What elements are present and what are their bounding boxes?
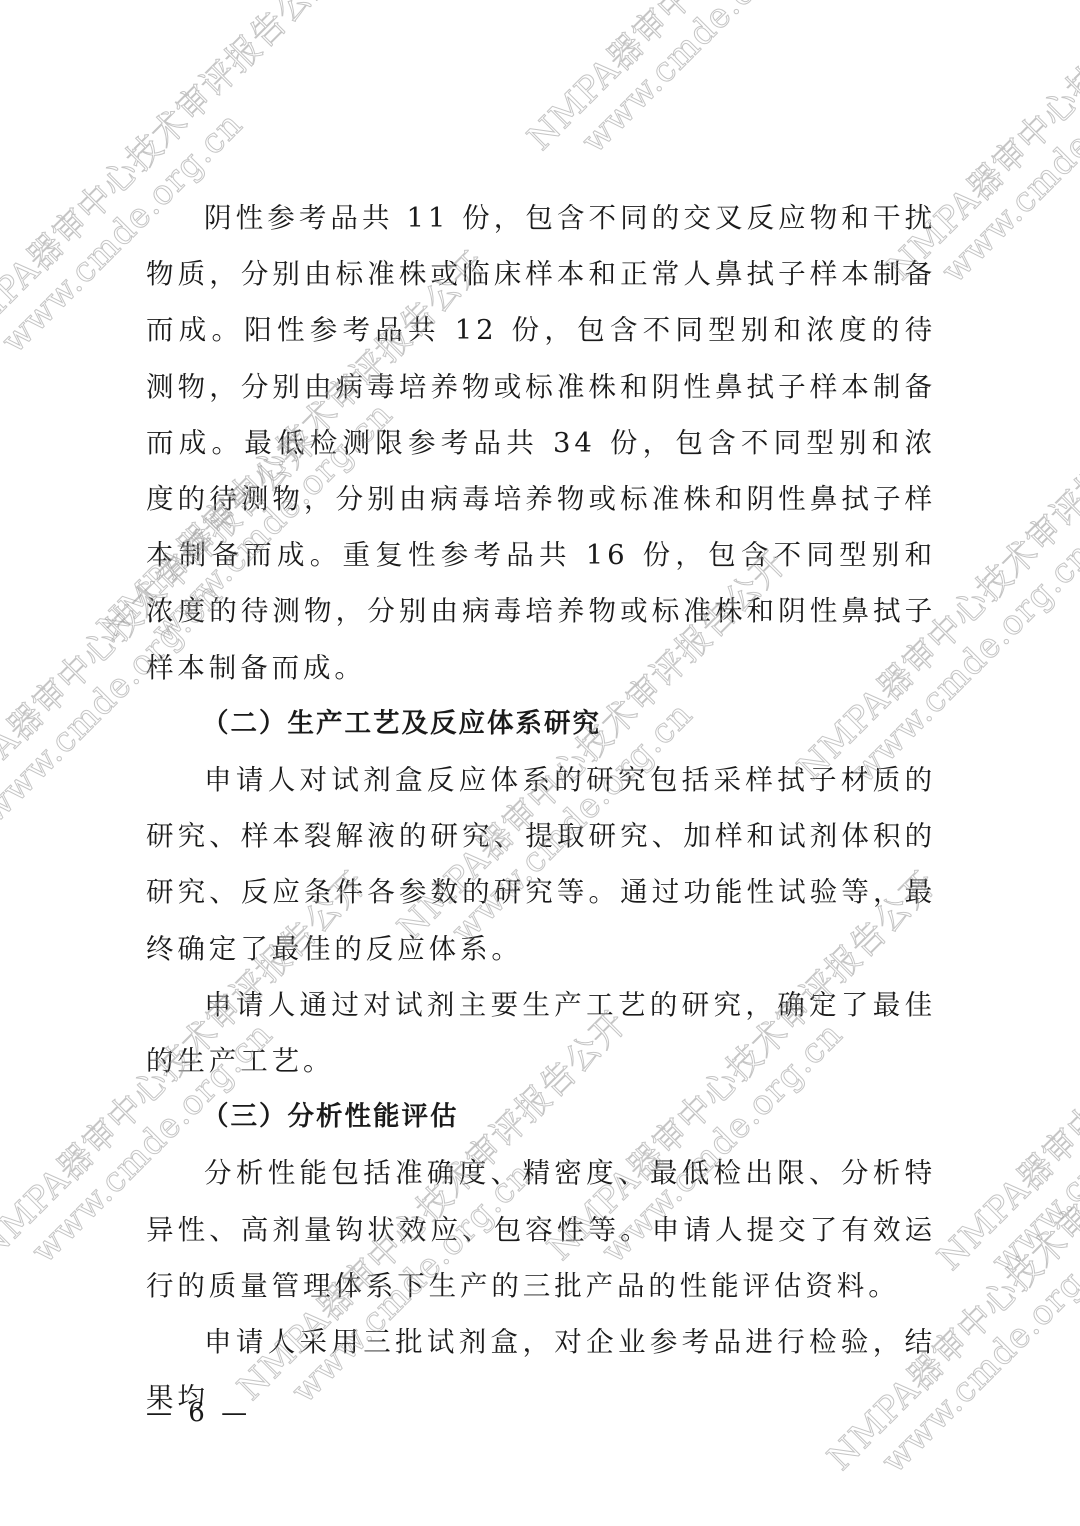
watermark-url: www.cmde.org.cn xyxy=(574,0,954,161)
paragraph-batch-testing: 申请人采用三批试剂盒，对企业参考品进行检验，结果均 xyxy=(146,1314,936,1426)
page-number: — 6 — xyxy=(146,1398,251,1428)
document-page: 阴性参考品共 11 份，包含不同的交叉反应物和干扰物质，分别由标准株或临床样本和… xyxy=(146,190,936,1426)
section-heading-analytical-performance: （三）分析性能评估 xyxy=(146,1089,936,1145)
paragraph-reaction-system: 申请人对试剂盒反应体系的研究包括采样拭子材质的研究、样本裂解液的研究、提取研究、… xyxy=(146,752,936,977)
watermark-url: www.cmde.org.cn xyxy=(984,901,1080,1281)
watermark-text: NMPA器审中心技术审评报告公开 xyxy=(520,0,925,158)
paragraph-analytical-performance: 分析性能包括准确度、精密度、最低检出限、分析特异性、高剂量钩状效应、包容性等。申… xyxy=(146,1145,936,1314)
watermark-text: NMPA器审中心技术审评报告公开 xyxy=(930,873,1080,1278)
watermark: NMPA器审中心技术审评报告公开 www.cmde.org.cn xyxy=(520,0,953,187)
watermark-url: www.cmde.org.cn xyxy=(934,0,1080,291)
paragraph-production-process: 申请人通过对试剂主要生产工艺的研究，确定了最佳的生产工艺。 xyxy=(146,977,936,1089)
watermark: NMPA器审中心技术审评报告公开 www.cmde.org.cn xyxy=(930,873,1080,1306)
paragraph-reference-materials: 阴性参考品共 11 份，包含不同的交叉反应物和干扰物质，分别由标准株或临床样本和… xyxy=(146,190,936,696)
section-heading-production-process: （二）生产工艺及反应体系研究 xyxy=(146,696,936,752)
